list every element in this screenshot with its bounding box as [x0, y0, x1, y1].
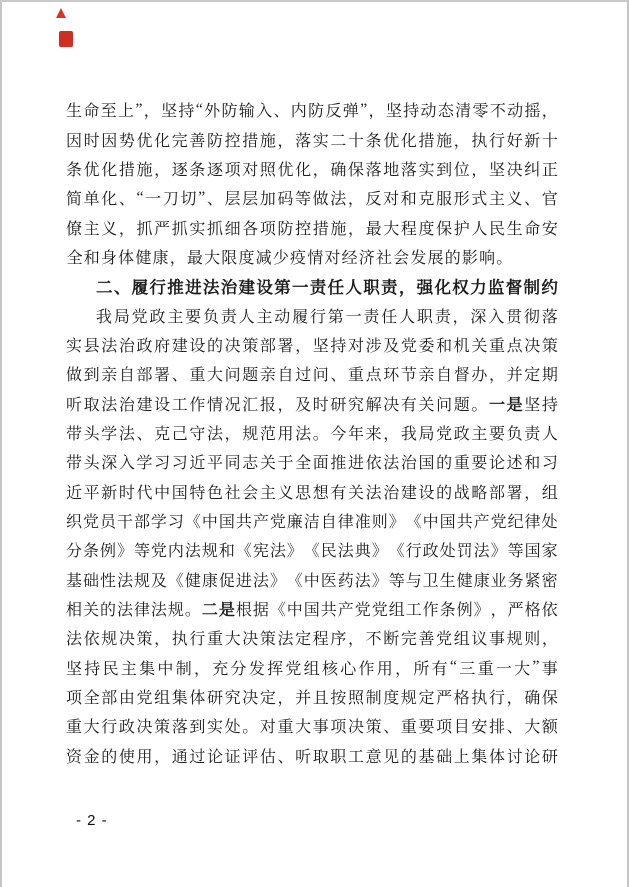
- text-line: 全和身体健康，最大限度减少疫情对经济社会发展的影响。: [66, 242, 558, 271]
- document-page: 生命至上”，坚持“外防输入、内防反弹”，坚持动态清零不动摇，因时因势优化完善防控…: [0, 0, 629, 887]
- text-line: 资金的使用，通过论证评估、听取职工意见的基础上集体讨论研: [66, 741, 558, 770]
- red-square-annotation-icon: [59, 31, 73, 47]
- text-line: 法依规决策，执行重大决策法定程序，不断完善党组议事规则，: [66, 623, 558, 652]
- text-line: 做到亲自部署、重大问题亲自过问、重点环节亲自督办，并定期: [66, 359, 558, 388]
- section-heading-line: 二、履行推进法治建设第一责任人职责，强化权力监督制约: [66, 271, 558, 300]
- text-line: 简单化、“一刀切”、层层加码等做法，反对和克服形式主义、官: [66, 183, 558, 212]
- text-line: 基础性法规及《健康促进法》《中医药法》等与卫生健康业务紧密: [66, 565, 558, 594]
- footer-page-number: - 2 -: [76, 812, 108, 829]
- text-line: 条优化措施，逐条逐项对照优化，确保落地落实到位，坚决纠正: [66, 154, 558, 183]
- text-line: 我局党政主要负责人主动履行第一责任人职责，深入贯彻落: [66, 300, 558, 329]
- text-line: 坚持民主集中制，充分发挥党组核心作用，所有“三重一大”事: [66, 653, 558, 682]
- text-line: 实县法治政府建设的决策部署，坚持对涉及党委和机关重点决策: [66, 330, 558, 359]
- text-line: 重大行政决策落到实处。对重大事项决策、重要项目安排、大额: [66, 711, 558, 740]
- red-caret-annotation-icon: [56, 8, 66, 18]
- text-line: 近平新时代中国特色社会主义思想有关法治建设的战略部署，组: [66, 476, 558, 505]
- text-line: 分条例》等党内法规和《宪法》《民法典》《行政处罚法》等国家: [66, 535, 558, 564]
- text-line: 僚主义，抓严抓实抓细各项防控措施，最大程度保护人民生命安: [66, 212, 558, 241]
- text-line: 因时因势优化完善防控措施，落实二十条优化措施，执行好新十: [66, 124, 558, 153]
- text-line: 带头学法、克己守法，规范用法。今年来，我局党政主要负责人: [66, 418, 558, 447]
- text-line: 相关的法律法规。二是根据《中国共产党党组工作条例》，严格依: [66, 594, 558, 623]
- text-line: 生命至上”，坚持“外防输入、内防反弹”，坚持动态清零不动摇，: [66, 95, 558, 124]
- text-line: 带头深入学习习近平同志关于全面推进依法治国的重要论述和习: [66, 447, 558, 476]
- text-line: 项全部由党组集体研究决定，并且按照制度规定严格执行，确保: [66, 682, 558, 711]
- text-line: 听取法治建设工作情况汇报，及时研究解决有关问题。一是坚持: [66, 388, 558, 417]
- text-line: 织党员干部学习《中国共产党廉洁自律准则》《中国共产党纪律处: [66, 506, 558, 535]
- document-body: 生命至上”，坚持“外防输入、内防反弹”，坚持动态清零不动摇，因时因势优化完善防控…: [66, 95, 558, 770]
